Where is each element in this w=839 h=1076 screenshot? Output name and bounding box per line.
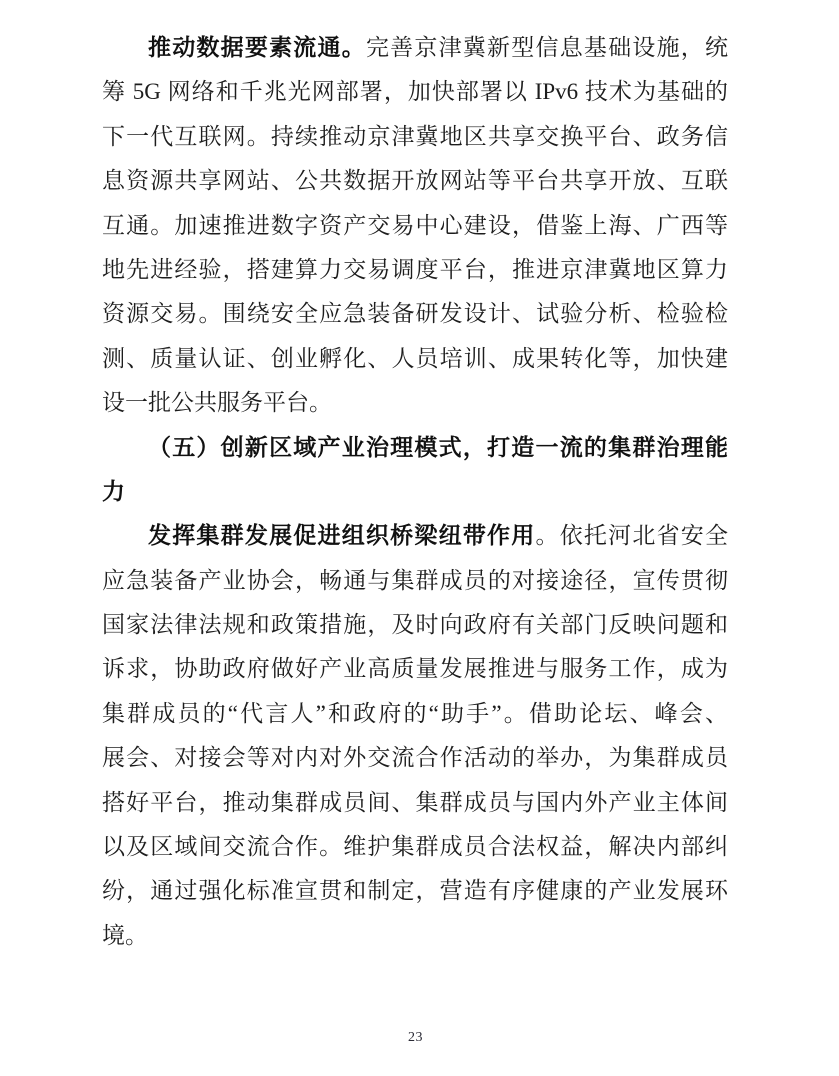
text-line: 境。 bbox=[102, 914, 728, 958]
text-segment: 互通。加速推进数字资产交易中心建设，借鉴上海、广西等 bbox=[102, 213, 728, 238]
text-segment: 应急装备产业协会，畅通与集群成员的对接途径，宣传贯彻 bbox=[102, 568, 728, 593]
page-footer: 23 bbox=[0, 1028, 831, 1046]
text-line: 测、质量认证、创业孵化、人员培训、成果转化等，加快建 bbox=[102, 337, 728, 381]
text-line: 息资源共享网站、公共数据开放网站等平台共享开放、互联 bbox=[102, 159, 728, 203]
bold-text-segment: 力 bbox=[102, 479, 125, 504]
text-segment: 资源交易。围绕安全应急装备研发设计、试验分析、检验检 bbox=[102, 301, 728, 326]
paragraph-cluster-organization-role: 发挥集群发展促进组织桥梁纽带作用。依托河北省安全应急装备产业协会，畅通与集群成员… bbox=[102, 514, 728, 958]
text-segment: 息资源共享网站、公共数据开放网站等平台共享开放、互联 bbox=[102, 168, 728, 193]
text-line: 诉求，协助政府做好产业高质量发展推进与服务工作，成为 bbox=[102, 647, 728, 691]
text-segment: 搭好平台，推动集群成员间、集群成员与国内外产业主体间 bbox=[102, 790, 728, 815]
text-line: 纷，通过强化标准宣贯和制定，营造有序健康的产业发展环 bbox=[102, 869, 728, 913]
text-segment: 国家法律法规和政策措施，及时向政府有关部门反映问题和 bbox=[102, 612, 728, 637]
bold-text-segment: （五）创新区域产业治理模式，打造一流的集群治理能 bbox=[148, 435, 728, 460]
text-line: 以及区域间交流合作。维护集群成员合法权益，解决内部纠 bbox=[102, 825, 728, 869]
document-page: 推动数据要素流通。完善京津冀新型信息基础设施，统筹 5G 网络和千兆光网部署，加… bbox=[0, 0, 839, 1076]
text-line: 筹 5G 网络和千兆光网部署，加快部署以 IPv6 技术为基础的 bbox=[102, 70, 728, 114]
text-segment: 测、质量认证、创业孵化、人员培训、成果转化等，加快建 bbox=[102, 346, 728, 371]
text-segment: 。依托河北省安全 bbox=[535, 523, 728, 548]
text-line: 集群成员的“代言人”和政府的“助手”。借助论坛、峰会、 bbox=[102, 692, 728, 736]
text-line: 设一批公共服务平台。 bbox=[102, 381, 728, 425]
text-line: 下一代互联网。持续推动京津冀地区共享交换平台、政务信 bbox=[102, 115, 728, 159]
text-segment: 诉求，协助政府做好产业高质量发展推进与服务工作，成为 bbox=[102, 656, 728, 681]
text-segment: 设一批公共服务平台。 bbox=[102, 390, 332, 415]
text-line: 国家法律法规和政策措施，及时向政府有关部门反映问题和 bbox=[102, 603, 728, 647]
text-line: （五）创新区域产业治理模式，打造一流的集群治理能 bbox=[102, 426, 728, 470]
text-segment: 集群成员的“代言人”和政府的“助手”。借助论坛、峰会、 bbox=[102, 701, 728, 726]
text-line: 发挥集群发展促进组织桥梁纽带作用。依托河北省安全 bbox=[102, 514, 728, 558]
text-line: 资源交易。围绕安全应急装备研发设计、试验分析、检验检 bbox=[102, 292, 728, 336]
heading-section-five: （五）创新区域产业治理模式，打造一流的集群治理能力 bbox=[102, 426, 728, 515]
text-line: 应急装备产业协会，畅通与集群成员的对接途径，宣传贯彻 bbox=[102, 559, 728, 603]
text-segment: 境。 bbox=[102, 923, 148, 948]
text-segment: 筹 5G 网络和千兆光网部署，加快部署以 IPv6 技术为基础的 bbox=[102, 79, 728, 104]
text-segment: 下一代互联网。持续推动京津冀地区共享交换平台、政务信 bbox=[102, 124, 728, 149]
paragraph-data-elements-flow: 推动数据要素流通。完善京津冀新型信息基础设施，统筹 5G 网络和千兆光网部署，加… bbox=[102, 26, 728, 426]
bold-text-segment: 发挥集群发展促进组织桥梁纽带作用 bbox=[148, 523, 535, 548]
document-text: 推动数据要素流通。完善京津冀新型信息基础设施，统筹 5G 网络和千兆光网部署，加… bbox=[102, 26, 728, 958]
text-segment: 完善京津冀新型信息基础设施，统 bbox=[366, 35, 728, 60]
text-segment: 地先进经验，搭建算力交易调度平台，推进京津冀地区算力 bbox=[102, 257, 728, 282]
text-segment: 纷，通过强化标准宣贯和制定，营造有序健康的产业发展环 bbox=[102, 878, 728, 903]
page-number: 23 bbox=[408, 1030, 423, 1045]
text-line: 力 bbox=[102, 470, 728, 514]
text-line: 地先进经验，搭建算力交易调度平台，推进京津冀地区算力 bbox=[102, 248, 728, 292]
text-line: 搭好平台，推动集群成员间、集群成员与国内外产业主体间 bbox=[102, 781, 728, 825]
text-line: 互通。加速推进数字资产交易中心建设，借鉴上海、广西等 bbox=[102, 204, 728, 248]
text-segment: 以及区域间交流合作。维护集群成员合法权益，解决内部纠 bbox=[102, 834, 728, 859]
text-line: 展会、对接会等对内对外交流合作活动的举办，为集群成员 bbox=[102, 736, 728, 780]
text-line: 推动数据要素流通。完善京津冀新型信息基础设施，统 bbox=[102, 26, 728, 70]
bold-text-segment: 推动数据要素流通。 bbox=[148, 35, 366, 60]
text-segment: 展会、对接会等对内对外交流合作活动的举办，为集群成员 bbox=[102, 745, 728, 770]
